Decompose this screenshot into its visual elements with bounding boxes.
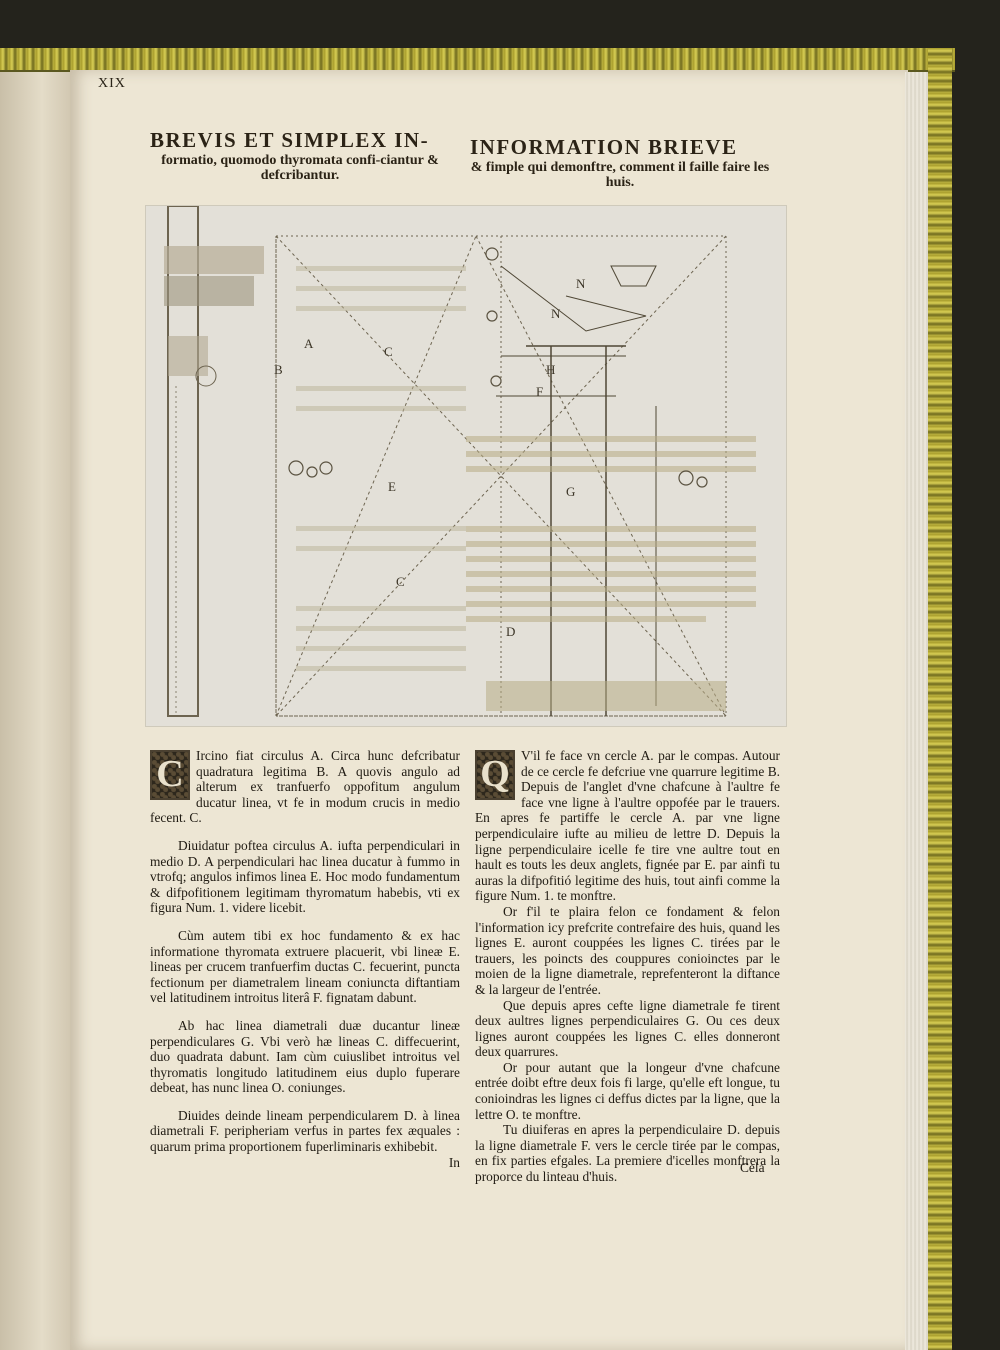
- gilt-border-right: [928, 48, 952, 1350]
- svg-text:E: E: [388, 479, 396, 494]
- latin-text-column: C Ircino fiat circulus A. Circa hunc def…: [150, 748, 460, 1170]
- latin-title: BREVIS ET SIMPLEX IN-: [150, 128, 450, 153]
- latin-paragraph: Diuidatur poftea circulus A. iufta perpe…: [150, 838, 460, 916]
- decorated-initial-c: C: [150, 750, 190, 800]
- french-title: INFORMATION BRIEVE: [470, 135, 770, 160]
- french-paragraph: Or pour autant que la longeur d'vne chaf…: [475, 1060, 780, 1122]
- french-paragraph: Or f'il te plaira felon ce fondament & f…: [475, 904, 780, 998]
- french-subtitle: & fimple qui demonftre, comment il faill…: [470, 160, 770, 190]
- french-text-column: Q V'il fe face vn cercle A. par le compa…: [475, 748, 780, 1185]
- svg-text:C: C: [396, 574, 405, 589]
- doorway-construction-figure: A B C E C D G H N N F: [145, 205, 787, 727]
- catchword-french: Cela: [740, 1160, 765, 1176]
- french-paragraph: Tu diuiferas en apres la perpendiculaire…: [475, 1122, 780, 1184]
- french-heading: INFORMATION BRIEVE & fimple qui demonftr…: [470, 135, 770, 190]
- latin-heading: BREVIS ET SIMPLEX IN- formatio, quomodo …: [150, 128, 450, 183]
- decorated-initial-q: Q: [475, 750, 515, 800]
- gilt-border-top: [0, 48, 955, 72]
- latin-subtitle: formatio, quomodo thyromata confi-ciantu…: [150, 153, 450, 183]
- svg-text:H: H: [546, 362, 555, 377]
- svg-text:A: A: [304, 336, 314, 351]
- latin-paragraph: Cùm autem tibi ex hoc fundamento & ex ha…: [150, 928, 460, 1006]
- french-paragraph: V'il fe face vn cercle A. par le compas.…: [475, 748, 780, 903]
- svg-text:N: N: [576, 276, 586, 291]
- latin-paragraph: Ab hac linea diametrali duæ ducantur lin…: [150, 1018, 460, 1096]
- svg-text:B: B: [274, 362, 283, 377]
- svg-text:N: N: [551, 306, 561, 321]
- french-paragraph: Que depuis apres cefte ligne diametrale …: [475, 998, 780, 1060]
- svg-text:C: C: [384, 344, 393, 359]
- folio-number: XIX: [98, 76, 126, 92]
- latin-paragraph: Ircino fiat circulus A. Circa hunc defcr…: [150, 748, 460, 825]
- svg-text:G: G: [566, 484, 575, 499]
- left-page-edge: [0, 60, 70, 1350]
- latin-paragraph: Diuides deinde lineam perpendicularem D.…: [150, 1108, 460, 1155]
- svg-text:D: D: [506, 624, 515, 639]
- svg-text:F: F: [536, 384, 543, 399]
- page-block-edges: [905, 72, 929, 1350]
- geometric-diagram-icon: A B C E C D G H N N F: [146, 206, 786, 726]
- catchword-latin: In: [150, 1155, 460, 1171]
